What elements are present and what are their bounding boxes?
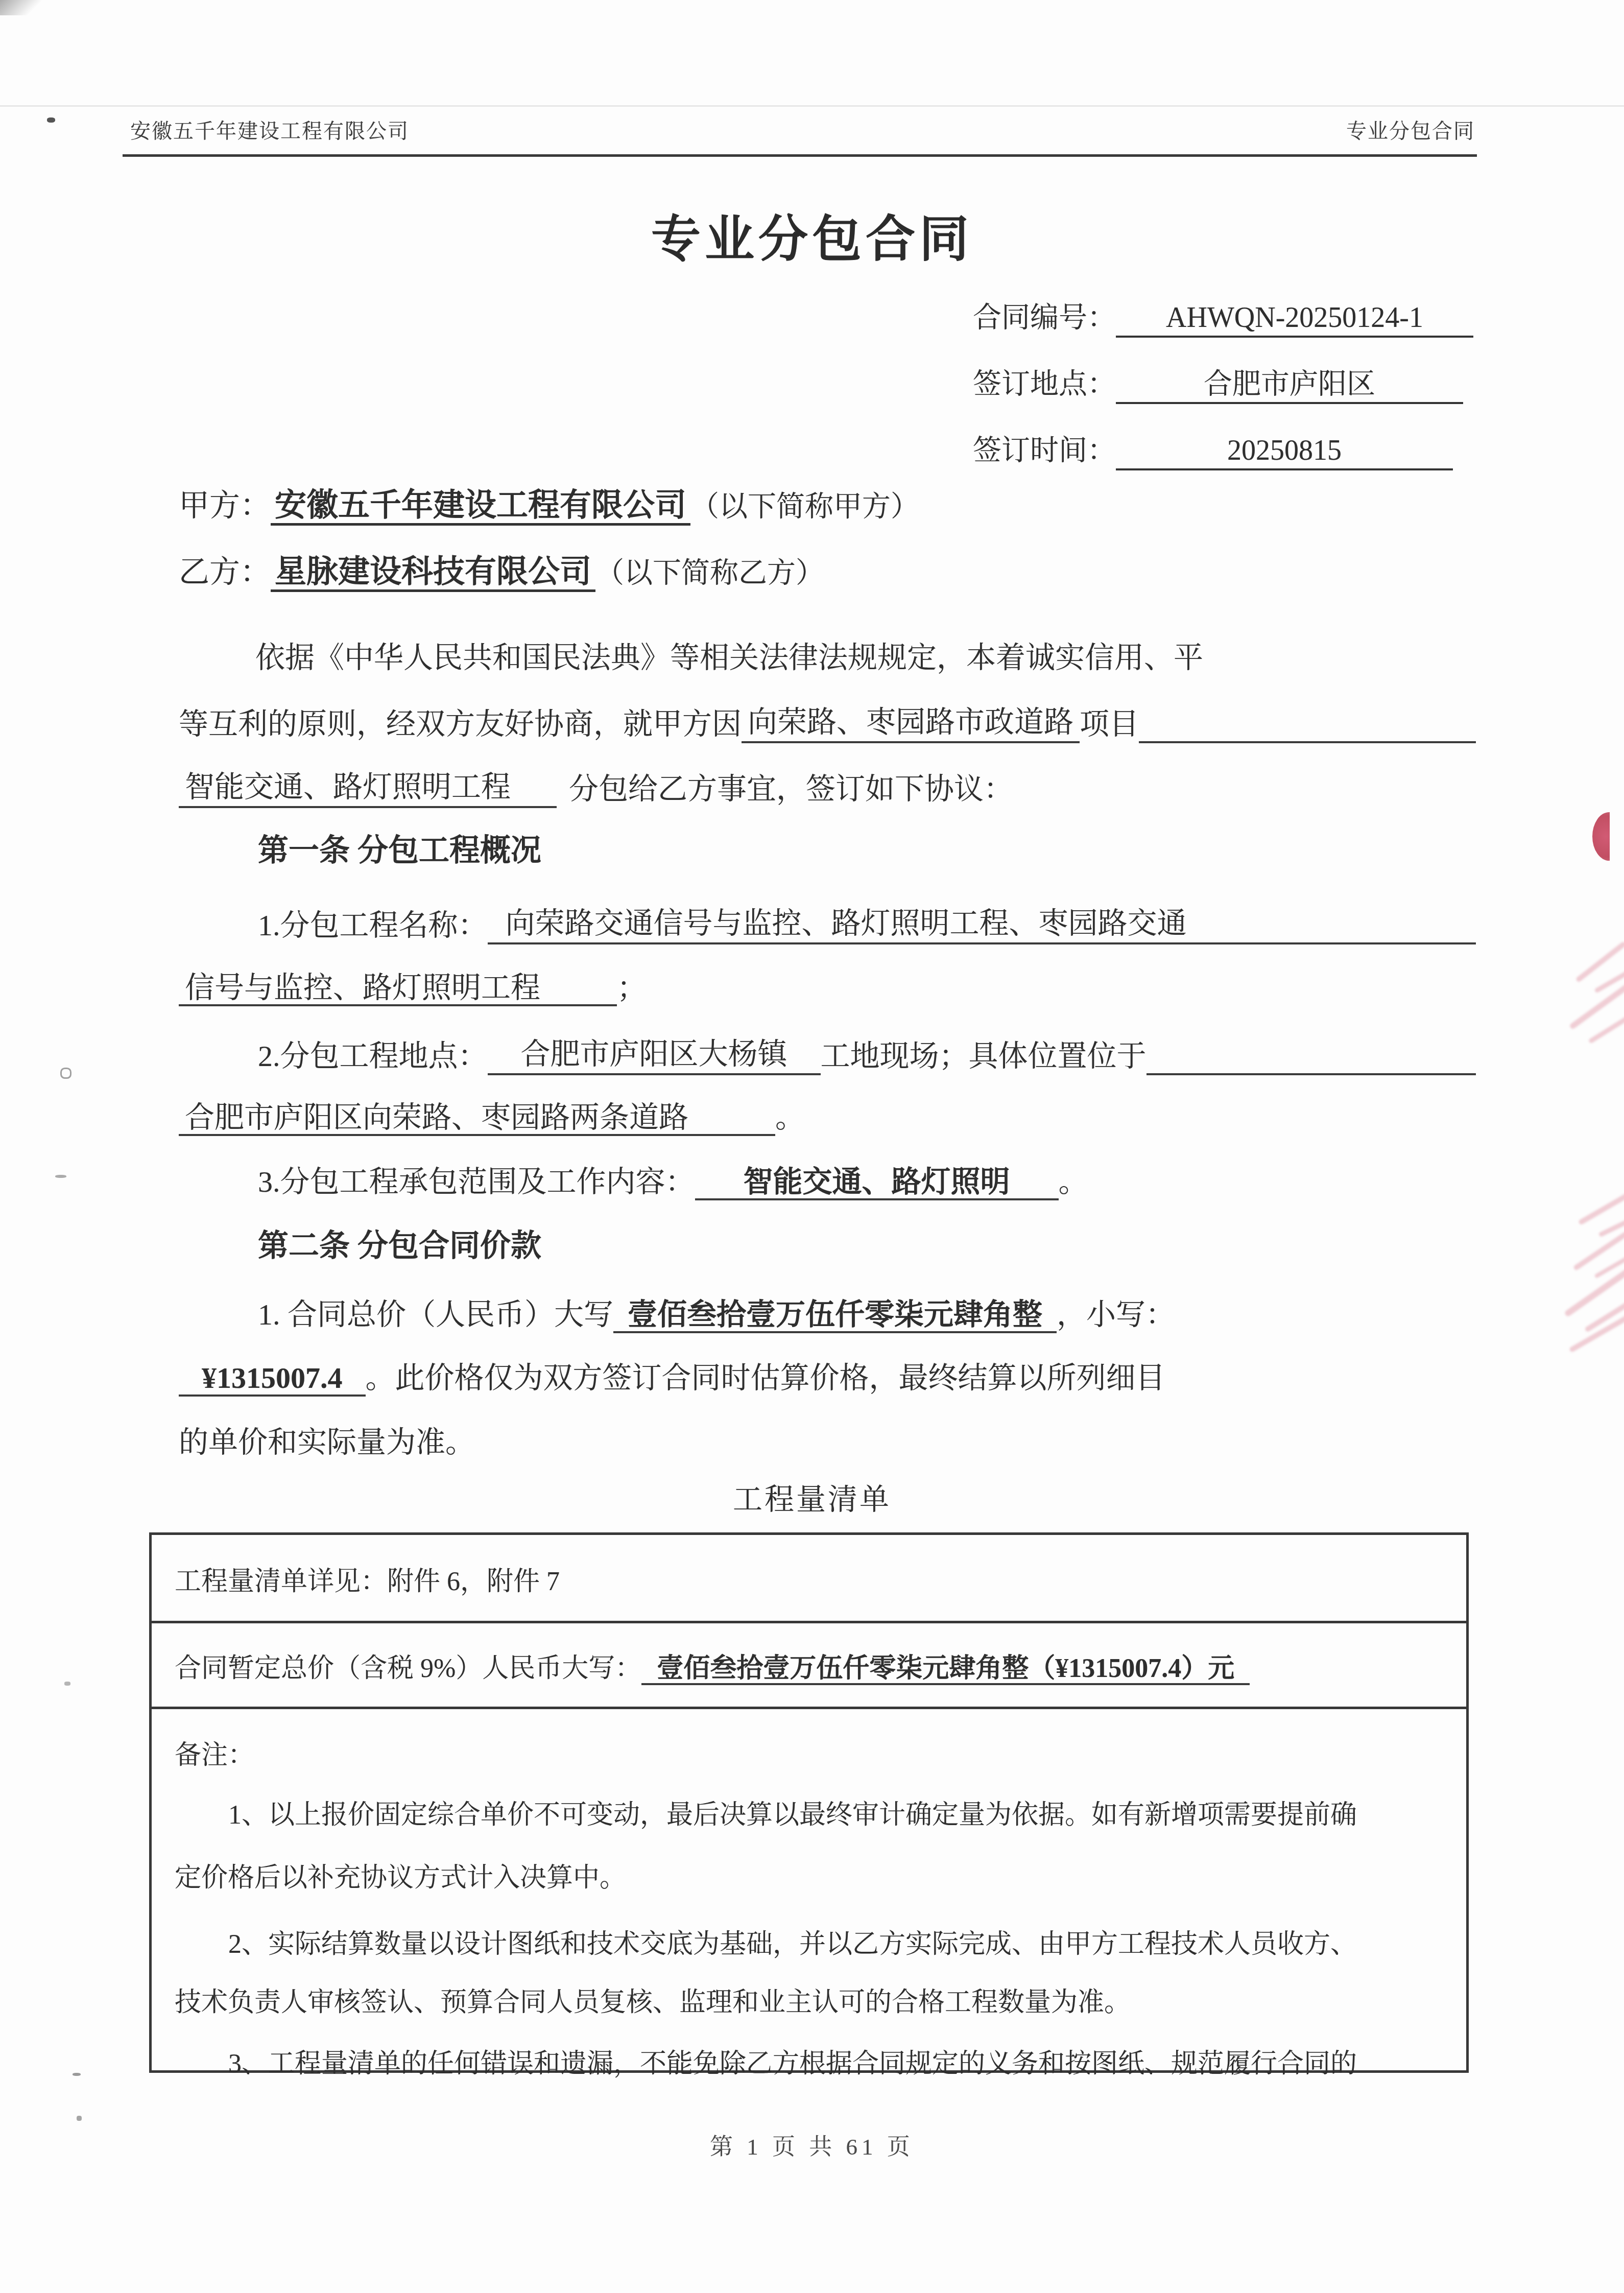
sign-place-row: 签订地点：合肥市庐阳区 bbox=[973, 365, 1463, 404]
boq-note2-line2: 技术负责人审核签认、预算合同人员复核、监理和业主认可的合格工程数量为准。 bbox=[175, 1980, 1131, 2019]
preamble-scope: 智能交通、路灯照明工程 bbox=[179, 769, 557, 808]
item2-value2: 合肥市庐阳区向荣路、枣园路两条道路 bbox=[179, 1101, 775, 1136]
boq-row-total-price: 合同暂定总价（含税 9%）人民币大写：壹佰叁拾壹万伍仟零柒元肆角整（¥13150… bbox=[175, 1646, 1250, 1685]
price-pre: 1. 合同总价（人民币）大写 bbox=[258, 1298, 613, 1331]
preamble-line2-blank-fill bbox=[1139, 741, 1476, 743]
boq-total-value: 壹佰叁拾壹万伍仟零柒元肆角整（¥1315007.4）元 bbox=[641, 1654, 1250, 1685]
scan-speck bbox=[77, 2116, 82, 2121]
boq-note2-line1: 2、实际结算数量以设计图纸和技术交底为基础，并以乙方实际完成、由甲方工程技术人员… bbox=[228, 1922, 1357, 1960]
preamble-line2: 等互利的原则，经双方友好协商，就甲方因向荣路、枣园路市政道路项目 bbox=[179, 704, 1476, 743]
party-a-row: 甲方：安徽五千年建设工程有限公司（以下简称甲方） bbox=[179, 486, 919, 526]
party-b-suffix: （以下简称乙方） bbox=[595, 557, 824, 589]
preamble-line3-text: 分包给乙方事宜，签订如下协议： bbox=[569, 771, 1013, 808]
contract-no-row: 合同编号：AHWQN-20250124-1 bbox=[973, 299, 1473, 338]
item2-tail: 。 bbox=[775, 1101, 805, 1134]
page-title: 专业分包合同 bbox=[0, 208, 1624, 270]
preamble-line3: 智能交通、路灯照明工程分包给乙方事宜，签订如下协议： bbox=[179, 769, 1476, 808]
item2-line2: 合肥市庐阳区向荣路、枣园路两条道路。 bbox=[179, 1099, 805, 1137]
item1-label: 1.分包工程名称： bbox=[258, 907, 488, 944]
party-b-name: 星脉建设科技有限公司 bbox=[271, 555, 595, 592]
boq-row-attachments: 工程量清单详见：附件 6，附件 7 bbox=[175, 1559, 560, 1598]
contract-scan-page: 安徽五千年建设工程有限公司 专业分包合同 专业分包合同 合同编号：AHWQN-2… bbox=[0, 0, 1624, 2293]
price-line1: 1. 合同总价（人民币）大写壹佰叁拾壹万伍仟零柒元肆角整，小写： bbox=[258, 1296, 1175, 1334]
boq-total-label: 合同暂定总价（含税 9%）人民币大写： bbox=[175, 1654, 641, 1683]
header-company: 安徽五千年建设工程有限公司 bbox=[130, 119, 409, 144]
item2-label: 2.分包工程地点： bbox=[258, 1038, 488, 1075]
contract-no-value: AHWQN-20250124-1 bbox=[1116, 300, 1473, 338]
boq-note1-line2: 定价格后以补充协议方式计入决算中。 bbox=[175, 1856, 626, 1894]
table-separator-2 bbox=[152, 1707, 1466, 1709]
item1-value-line1: 向荣路交通信号与监控、路灯照明工程、枣园路交通 bbox=[488, 905, 1476, 944]
price-post1: 。此价格仅为双方签订合同时估算价格，最终结算以所列细目 bbox=[366, 1361, 1165, 1394]
price-mid: ，小写： bbox=[1057, 1298, 1175, 1331]
preamble-line1: 依据《中华人民共和国民法典》等相关法律法规规定，本着诚实信用、平 bbox=[255, 640, 1203, 677]
price-line3: 的单价和实际量为准。 bbox=[179, 1424, 475, 1461]
seal-ink-mark bbox=[1578, 1193, 1624, 1225]
section2-heading: 第二条 分包合同价款 bbox=[258, 1227, 541, 1265]
boq-table: 工程量清单详见：附件 6，附件 7 合同暂定总价（含税 9%）人民币大写：壹佰叁… bbox=[149, 1532, 1469, 2073]
item3-label: 3.分包工程承包范围及工作内容： bbox=[258, 1165, 695, 1198]
item1-line2: 信号与监控、路灯照明工程； bbox=[179, 970, 647, 1007]
sign-date-label: 签订时间： bbox=[973, 435, 1116, 466]
seal-ink-mark bbox=[1588, 1014, 1624, 1044]
contract-no-label: 合同编号： bbox=[973, 302, 1116, 334]
scan-corner-shade bbox=[0, 0, 46, 15]
item3-line: 3.分包工程承包范围及工作内容：智能交通、路灯照明。 bbox=[258, 1164, 1088, 1201]
page-number: 第 1 页 共 61 页 bbox=[0, 2133, 1624, 2161]
item2-mid: 工地现场；具体位置位于 bbox=[821, 1038, 1147, 1075]
scan-speck bbox=[47, 117, 55, 123]
scan-speck bbox=[55, 1175, 66, 1178]
scan-edge-line bbox=[0, 105, 1624, 107]
item2-blank-fill bbox=[1147, 1073, 1476, 1075]
header-doc-type: 专业分包合同 bbox=[1346, 119, 1475, 144]
scan-speck bbox=[64, 1682, 70, 1686]
sign-place-value: 合肥市庐阳区 bbox=[1116, 366, 1463, 404]
item2-value1: 合肥市庐阳区大杨镇 bbox=[488, 1036, 821, 1075]
party-a-label: 甲方： bbox=[179, 489, 271, 523]
price-xiaoxie: ¥1315007.4 bbox=[179, 1361, 366, 1397]
scan-speck bbox=[60, 1068, 71, 1079]
sign-date-row: 签订时间：20250815 bbox=[973, 432, 1453, 470]
table-separator-1 bbox=[152, 1621, 1466, 1623]
boq-title: 工程量清单 bbox=[0, 1481, 1624, 1519]
sign-place-label: 签订地点： bbox=[973, 368, 1116, 400]
header-rule bbox=[123, 154, 1477, 157]
preamble-project-roads: 向荣路、枣园路市政道路 bbox=[742, 704, 1080, 743]
party-b-row: 乙方：星脉建设科技有限公司（以下简称乙方） bbox=[179, 553, 824, 593]
item1-tail: ； bbox=[617, 971, 647, 1004]
item3-value: 智能交通、路灯照明 bbox=[695, 1165, 1059, 1200]
sign-date-value: 20250815 bbox=[1116, 433, 1453, 470]
item1-line1: 1.分包工程名称：向荣路交通信号与监控、路灯照明工程、枣园路交通 bbox=[258, 905, 1476, 944]
boq-note1-line1: 1、以上报价固定综合单价不可变动，最后决算以最终审计确定量为依据。如有新增项需要… bbox=[228, 1793, 1357, 1831]
party-a-suffix: （以下简称甲方） bbox=[690, 491, 919, 523]
section1-heading: 第一条 分包工程概况 bbox=[258, 832, 541, 870]
party-b-label: 乙方： bbox=[179, 555, 271, 589]
party-a-name: 安徽五千年建设工程有限公司 bbox=[271, 488, 690, 526]
price-daxie: 壹佰叁拾壹万伍仟零柒元肆角整 bbox=[613, 1298, 1057, 1333]
seal-ink-mark bbox=[1569, 1313, 1624, 1353]
seal-crescent-fragment-icon bbox=[1592, 812, 1610, 861]
price-line2: ¥1315007.4。此价格仅为双方签订合同时估算价格，最终结算以所列细目 bbox=[179, 1360, 1165, 1397]
boq-remark-label: 备注： bbox=[175, 1733, 254, 1771]
item1-value-line2: 信号与监控、路灯照明工程 bbox=[179, 971, 617, 1006]
item3-tail: 。 bbox=[1059, 1165, 1088, 1198]
preamble-line2-text: 等互利的原则，经双方友好协商，就甲方因 bbox=[179, 706, 742, 743]
scan-speck bbox=[73, 2073, 81, 2076]
seal-crescent-shape bbox=[1592, 812, 1610, 861]
item2-line1: 2.分包工程地点：合肥市庐阳区大杨镇工地现场；具体位置位于 bbox=[258, 1036, 1476, 1075]
boq-note3: 3、工程量清单的任何错误和遗漏，不能免除乙方根据合同规定的义务和按图纸、规范履行… bbox=[228, 2042, 1357, 2080]
preamble-line2-mid: 项目 bbox=[1080, 706, 1139, 743]
